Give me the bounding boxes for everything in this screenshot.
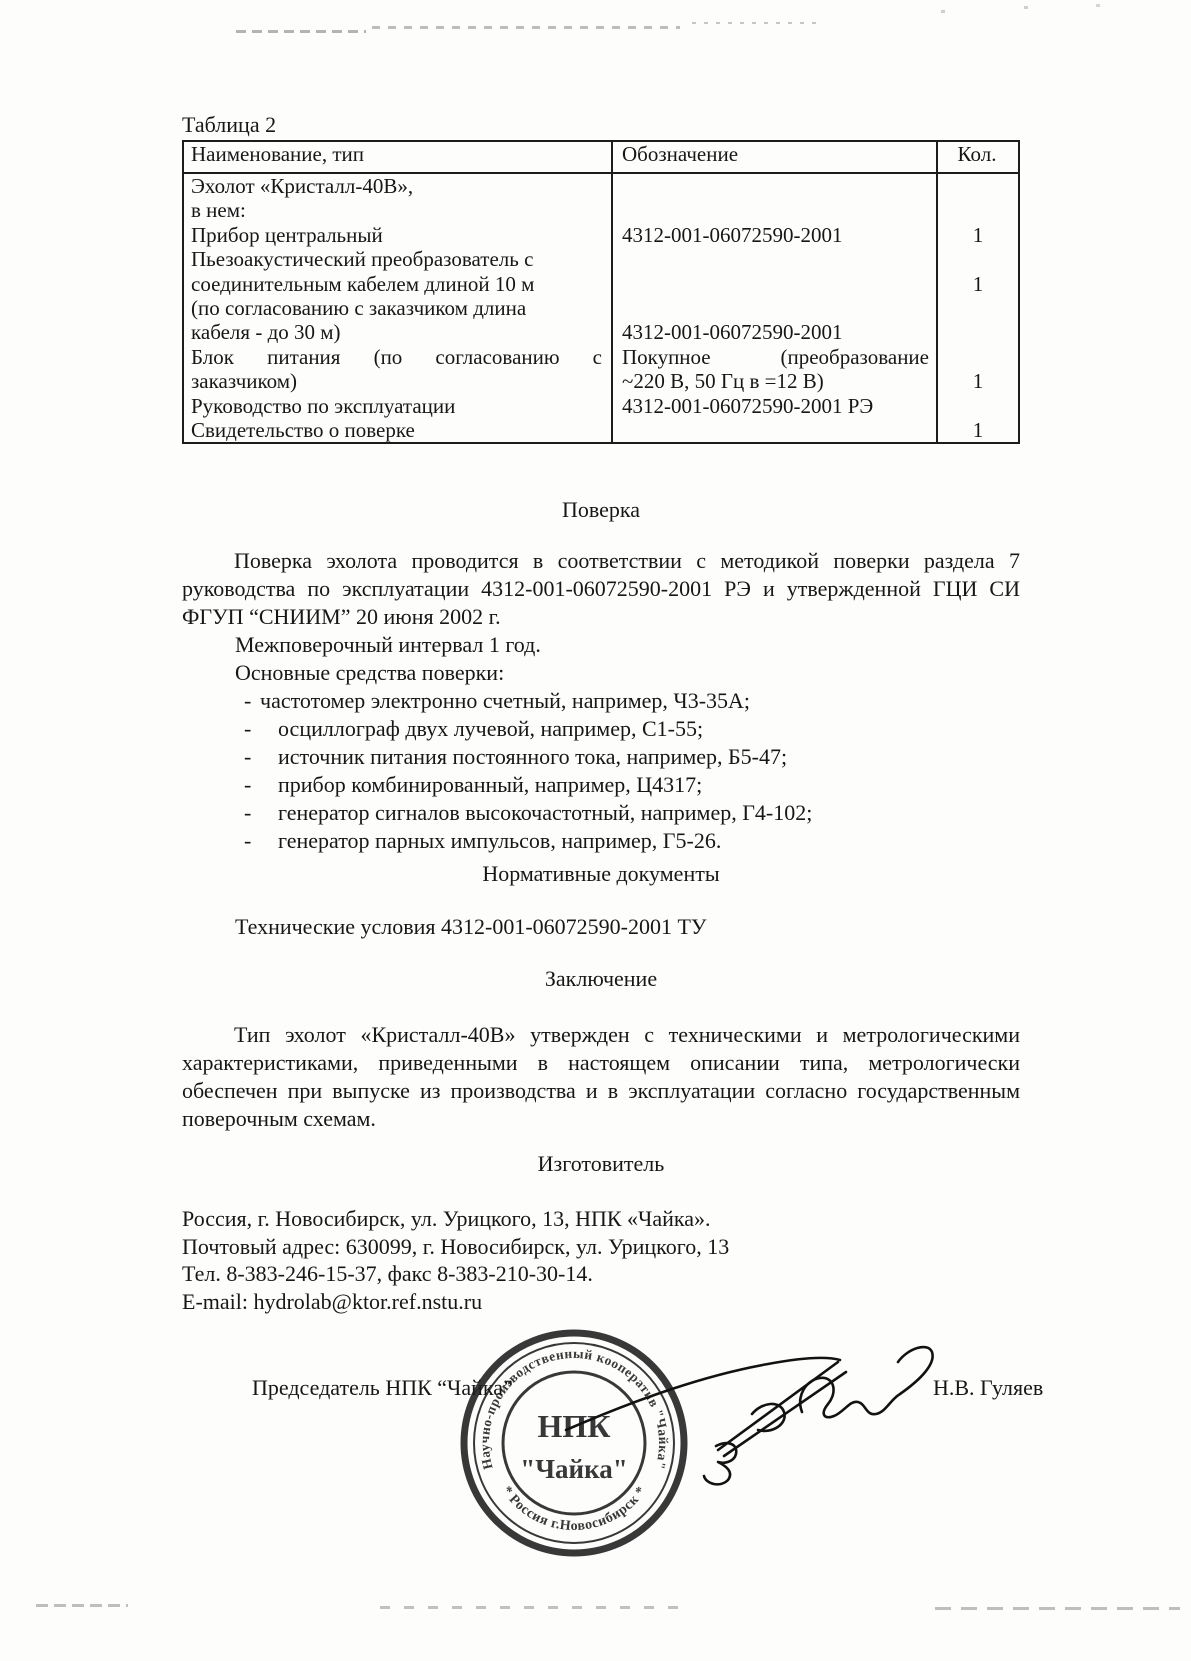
table-cell: Прибор центральный [184,223,613,247]
table-row: Руководство по эксплуатации4312-001-0607… [184,394,1018,418]
address-line: E-mail: hydrolab@ktor.ref.nstu.ru [182,1288,1020,1316]
signature-person-name: Н.В. Гуляев [933,1374,1043,1402]
table-cell: Покупное (преобразование [613,345,938,369]
paragraph-line: Поверка эхолота проводится в соответстви… [182,547,1020,575]
signature-stroke [718,1362,846,1456]
table-row: заказчиком)~220 В, 50 Гц в =12 В)1 [184,369,1018,393]
table-cell: Свидетельство о поверке [184,418,613,442]
paragraph-line: обеспечен при выпуске из производства и … [182,1077,1020,1105]
signature-stroke [800,1347,932,1417]
table-cell: кабеля - до 30 м) [184,320,613,344]
paragraph-line: Тип эхолот «Кристалл-40В» утвержден с те… [182,1021,1020,1049]
table-cell: ~220 В, 50 Гц в =12 В) [613,369,938,393]
table-cell: Пьезоакустический преобразователь с [184,247,613,271]
table-header-name: Наименование, тип [184,142,613,172]
stamp-center-line1: НПК [538,1408,611,1444]
table-cell [938,198,1018,222]
table-cell: 4312-001-06072590-2001 [613,223,938,247]
table-header-row: Наименование, тип Обозначение Кол. [184,142,1018,174]
means-item-text: источник питания постоянного тока, напри… [278,743,787,771]
table-row: в нем: [184,198,1018,222]
poverka-paragraph: Поверка эхолота проводится в соответстви… [182,547,1020,631]
means-item-text: прибор комбинированный, например, Ц4317; [278,771,702,799]
table-cell: 1 [938,418,1018,442]
table-header-designation: Обозначение [613,142,938,172]
paragraph-line: ФГУП “СНИИМ” 20 июня 2002 г. [182,603,1020,631]
conclusion-paragraph: Тип эхолот «Кристалл-40В» утвержден с те… [182,1021,1020,1133]
address-line: Почтовый адрес: 630099, г. Новосибирск, … [182,1233,1020,1261]
scan-artifact [692,22,820,24]
table-cell [613,418,938,442]
table-caption: Таблица 2 [182,112,1020,138]
scan-artifact [380,1606,680,1609]
list-dash: - [244,771,278,799]
manufacturer-address: Россия, г. Новосибирск, ул. Урицкого, 13… [182,1205,1020,1315]
table-cell: 1 [938,272,1018,296]
table-row: (по согласованию с заказчиком длина [184,296,1018,320]
table-row: Блок питания (по согласованию сПокупное … [184,345,1018,369]
table-header-qty: Кол. [938,142,1018,172]
means-item: -генератор сигналов высокочастотный, нап… [244,799,1020,827]
table-cell [938,394,1018,418]
means-item-text: осциллограф двух лучевой, например, С1-5… [278,715,703,743]
company-stamp: Научно-производственный кооператив "Чайк… [458,1326,690,1560]
table-row: Пьезоакустический преобразователь с [184,247,1018,271]
table-row: кабеля - до 30 м)4312-001-06072590-2001 [184,320,1018,344]
means-title: Основные средства поверки: [235,659,1020,687]
list-dash: - [244,743,278,771]
paragraph-line: руководства по эксплуатации 4312-001-060… [182,575,1020,603]
equipment-table: Наименование, тип Обозначение Кол. Эхоло… [182,140,1020,444]
list-dash: - [244,687,260,715]
table-row: Эхолот «Кристалл-40В», [184,174,1018,198]
table-cell [938,345,1018,369]
technical-conditions-line: Технические условия 4312-001-06072590-20… [235,913,1020,941]
address-line: Тел. 8-383-246-15-37, факс 8-383-210-30-… [182,1260,1020,1288]
list-dash: - [244,715,278,743]
means-list: -частотомер электронно счетный, например… [244,687,1020,855]
stamp-center-line2: "Чайка" [520,1454,628,1484]
means-item: -частотомер электронно счетный, например… [244,687,1020,715]
scan-speck [941,10,945,13]
table-cell: Руководство по эксплуатации [184,394,613,418]
signature-stroke [752,1404,785,1431]
scan-speck [1024,6,1028,9]
document-content: Таблица 2 Наименование, тип Обозначение … [182,112,1020,1315]
table-cell: Эхолот «Кристалл-40В», [184,174,613,198]
table-cell [938,174,1018,198]
table-cell: заказчиком) [184,369,613,393]
table-cell: в нем: [184,198,613,222]
section-title-poverka: Поверка [182,496,1020,524]
means-item-text: генератор парных импульсов, например, Г5… [278,827,721,855]
means-item: -генератор парных импульсов, например, Г… [244,827,1020,855]
document-page: Таблица 2 Наименование, тип Обозначение … [0,0,1191,1661]
table-cell: соединительным кабелем длиной 10 м [184,272,613,296]
table-cell: 4312-001-06072590-2001 [613,320,938,344]
table-cell [613,296,938,320]
signature-stroke [704,1443,736,1484]
interval-line: Межповерочный интервал 1 год. [235,631,1020,659]
table-cell [613,174,938,198]
table-cell: 4312-001-06072590-2001 РЭ [613,394,938,418]
list-dash: - [244,827,278,855]
scan-speck [1096,4,1100,7]
table-cell [938,247,1018,271]
table-row: соединительным кабелем длиной 10 м 1 [184,272,1018,296]
table-cell [613,247,938,271]
means-item: -прибор комбинированный, например, Ц4317… [244,771,1020,799]
scan-artifact [36,1604,128,1607]
table-cell [613,272,938,296]
table-cell: (по согласованию с заказчиком длина [184,296,613,320]
means-item-text: частотомер электронно счетный, например,… [260,687,750,715]
means-item-text: генератор сигналов высокочастотный, напр… [278,799,812,827]
table-body: Эхолот «Кристалл-40В», в нем: Прибор цен… [184,174,1018,442]
table-cell [613,198,938,222]
scan-artifact [236,30,366,33]
means-item: -источник питания постоянного тока, напр… [244,743,1020,771]
scan-artifact [372,26,680,29]
address-line: Россия, г. Новосибирск, ул. Урицкого, 13… [182,1205,1020,1233]
section-title-conclusion: Заключение [182,965,1020,993]
table-row: Свидетельство о поверке 1 [184,418,1018,442]
table-row: Прибор центральный4312-001-06072590-2001… [184,223,1018,247]
section-title-manufacturer: Изготовитель [182,1150,1020,1178]
scan-artifact [935,1607,1180,1610]
section-title-normative: Нормативные документы [182,860,1020,888]
paragraph-line: характеристиками, приведенными в настоящ… [182,1049,1020,1077]
table-cell [938,320,1018,344]
table-cell [938,296,1018,320]
table-cell: 1 [938,223,1018,247]
list-dash: - [244,799,278,827]
table-cell: 1 [938,369,1018,393]
paragraph-line: поверочным схемам. [182,1105,1020,1133]
table-cell: Блок питания (по согласованию с [184,345,613,369]
means-item: -осциллограф двух лучевой, например, С1-… [244,715,1020,743]
